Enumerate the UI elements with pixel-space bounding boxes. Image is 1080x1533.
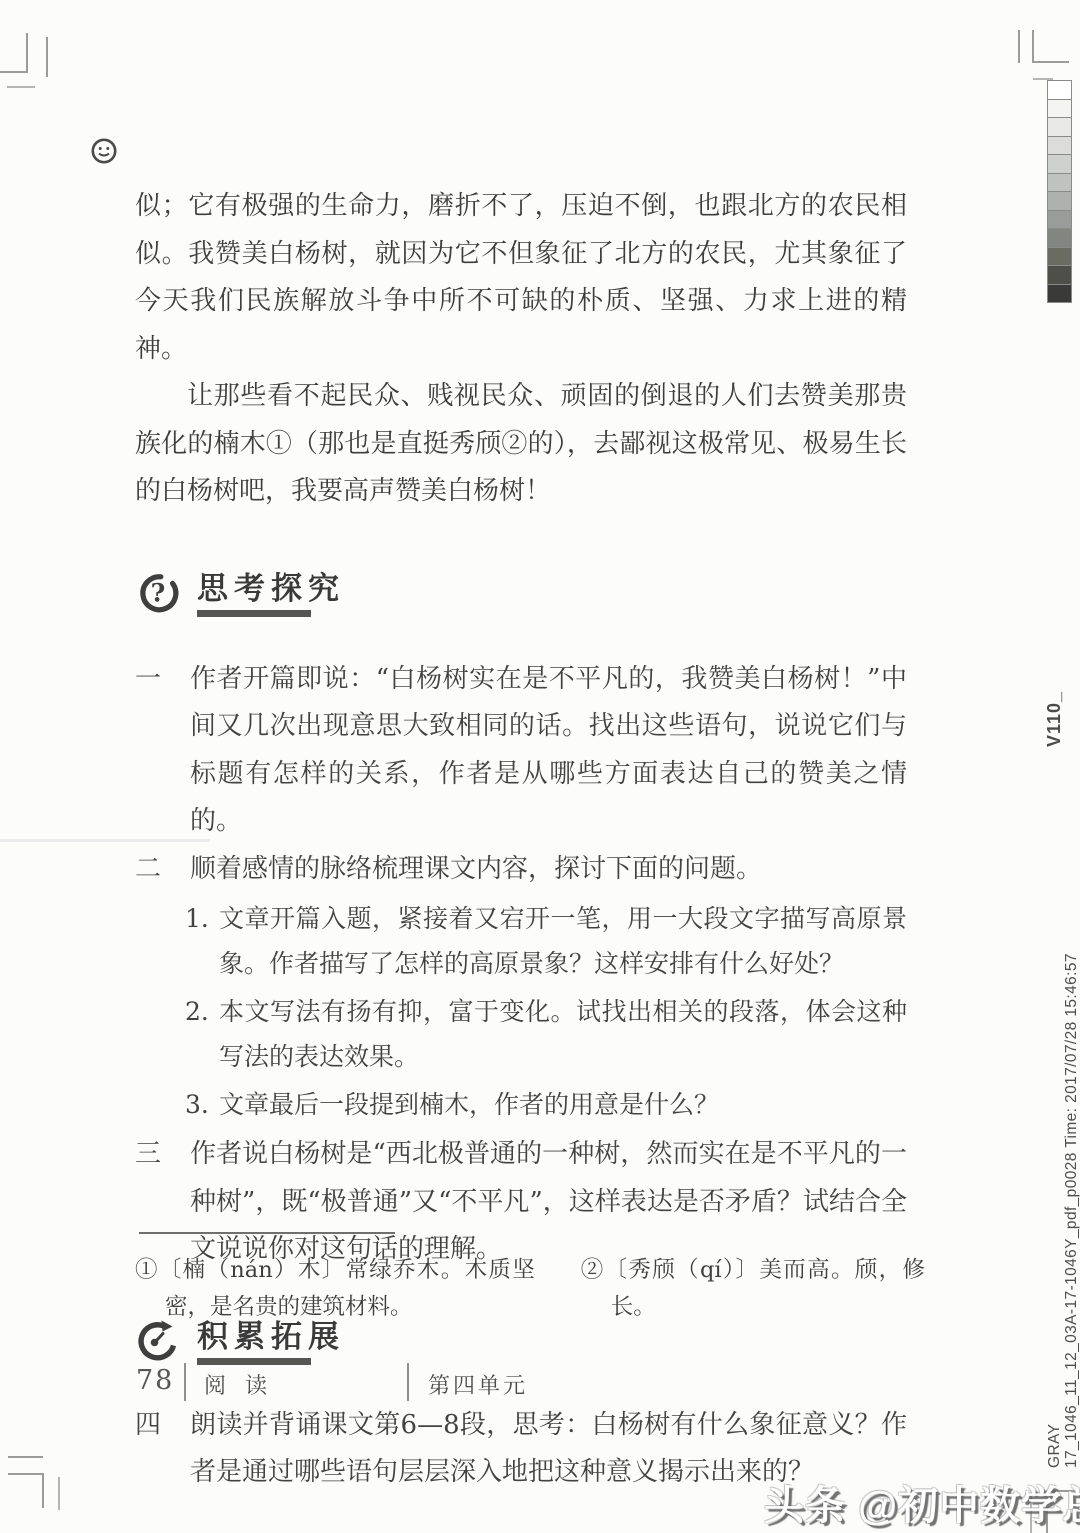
grayscale-cell bbox=[1048, 248, 1071, 267]
crop-mark bbox=[42, 1473, 44, 1508]
section-title: 思考探究 bbox=[197, 572, 345, 606]
smiley-icon bbox=[90, 137, 118, 165]
sub-question-item: 3. 文章最后一段提到楠木，作者的用意是什么？ bbox=[135, 1082, 907, 1127]
grayscale-cell bbox=[1048, 211, 1071, 230]
sub-question-number: 3. bbox=[185, 1082, 219, 1127]
crop-mark bbox=[1032, 61, 1069, 63]
question-number: 四 bbox=[135, 1402, 190, 1497]
crop-mark bbox=[46, 37, 48, 77]
crop-mark bbox=[8, 1473, 43, 1475]
sub-question-text: 文章开篇入题，紧接着又宕开一笔，用一大段文字描写高原景象。作者描写了怎样的高原景… bbox=[219, 896, 907, 986]
crop-mark bbox=[0, 71, 28, 73]
sub-question-number: 2. bbox=[185, 989, 219, 1079]
watermark: 头条 @初中数学总复习 bbox=[764, 1474, 1080, 1531]
section-header-think: ? 思考探究 bbox=[135, 570, 907, 632]
grayscale-cell bbox=[1048, 174, 1071, 193]
page-number: 78 bbox=[136, 1365, 174, 1396]
sub-question-text: 本文写法有扬有抑，富于变化。试找出相关的段落，体会这种写法的表达效果。 bbox=[219, 989, 907, 1079]
grayscale-cell bbox=[1048, 81, 1071, 100]
grayscale-cell bbox=[1048, 155, 1071, 174]
page-footer: 78 阅 读 第四单元 bbox=[0, 1363, 1080, 1407]
grayscale-cell bbox=[1048, 118, 1071, 137]
sub-question-item: 1. 文章开篇入题，紧接着又宕开一笔，用一大段文字描写高原景象。作者描写了怎样的… bbox=[135, 896, 907, 986]
grayscale-strip bbox=[1047, 80, 1072, 303]
question-item: 一 作者开篇即说：“白杨树实在是不平凡的，我赞美白杨树！”中间又几次出现意思大致… bbox=[135, 656, 907, 846]
scan-code: 17_1046_11_12_03A-17-1046Y_pdf_p0028 Tim… bbox=[1063, 938, 1080, 1468]
crop-mark bbox=[1018, 30, 1020, 63]
sub-question-number: 1. bbox=[185, 896, 219, 986]
passage-paragraph: 让那些看不起民众、贱视民众、顽固的倒退的人们去赞美那贵族化的楠木①（那也是直挺秀… bbox=[135, 373, 907, 516]
footer-divider bbox=[407, 1363, 409, 1401]
passage-paragraph: 似；它有极强的生命力，磨折不了，压迫不倒，也跟北方的农民相似。我赞美白杨树，就因… bbox=[135, 183, 907, 373]
question-text: 作者开篇即说：“白杨树实在是不平凡的，我赞美白杨树！”中间又几次出现意思大致相同… bbox=[190, 656, 907, 846]
footnote-separator bbox=[139, 1232, 395, 1234]
sub-question-text: 文章最后一段提到楠木，作者的用意是什么？ bbox=[219, 1082, 907, 1127]
question-text: 顺着感情的脉络梳理课文内容，探讨下面的问题。 bbox=[190, 846, 907, 894]
footer-divider bbox=[184, 1363, 186, 1401]
question-item: 二 顺着感情的脉络梳理课文内容，探讨下面的问题。 bbox=[135, 846, 907, 894]
crop-mark bbox=[1032, 30, 1034, 63]
sub-question-item: 2. 本文写法有扬有抑，富于变化。试找出相关的段落，体会这种写法的表达效果。 bbox=[135, 989, 907, 1079]
question-list: 一 作者开篇即说：“白杨树实在是不平凡的，我赞美白杨树！”中间又几次出现意思大致… bbox=[135, 656, 907, 1274]
title-underline bbox=[197, 610, 311, 617]
grayscale-cell bbox=[1048, 266, 1071, 285]
grayscale-cell bbox=[1048, 137, 1071, 156]
footnote: ①〔楠（nán）木〕常绿乔木。木质坚密，是名贵的建筑材料。 bbox=[135, 1252, 535, 1326]
question-number: 一 bbox=[135, 656, 190, 846]
section-title-wrap: 思考探究 bbox=[197, 570, 345, 617]
version-label: V110_ bbox=[1044, 677, 1065, 747]
footer-unit-label: 第四单元 bbox=[428, 1369, 528, 1400]
scan-metadata: GRAY 17_1046_11_12_03A-17-1046Y_pdf_p002… bbox=[1046, 938, 1080, 1468]
grayscale-cell bbox=[1048, 229, 1071, 248]
crop-mark bbox=[8, 1456, 43, 1458]
question-circle-icon: ? bbox=[135, 570, 181, 616]
crop-mark bbox=[26, 33, 28, 73]
footer-section-label: 阅 读 bbox=[204, 1369, 273, 1400]
footnote: ②〔秀颀（qí）〕美而高。颀，修长。 bbox=[581, 1252, 925, 1326]
crop-mark bbox=[58, 1477, 60, 1510]
question-number: 二 bbox=[135, 846, 190, 894]
textbook-page: 似；它有极强的生命力，磨折不了，压迫不倒，也跟北方的农民相似。我赞美白杨树，就因… bbox=[0, 0, 1080, 1533]
footnote-area: ①〔楠（nán）木〕常绿乔木。木质坚密，是名贵的建筑材料。 ②〔秀颀（qí）〕美… bbox=[135, 1252, 925, 1326]
crop-mark bbox=[7, 86, 35, 88]
grayscale-cell bbox=[1048, 100, 1071, 119]
scan-gray-label: GRAY bbox=[1046, 938, 1063, 1468]
svg-text:?: ? bbox=[151, 578, 166, 607]
grayscale-cell bbox=[1048, 192, 1071, 211]
grayscale-cell bbox=[1048, 285, 1071, 303]
